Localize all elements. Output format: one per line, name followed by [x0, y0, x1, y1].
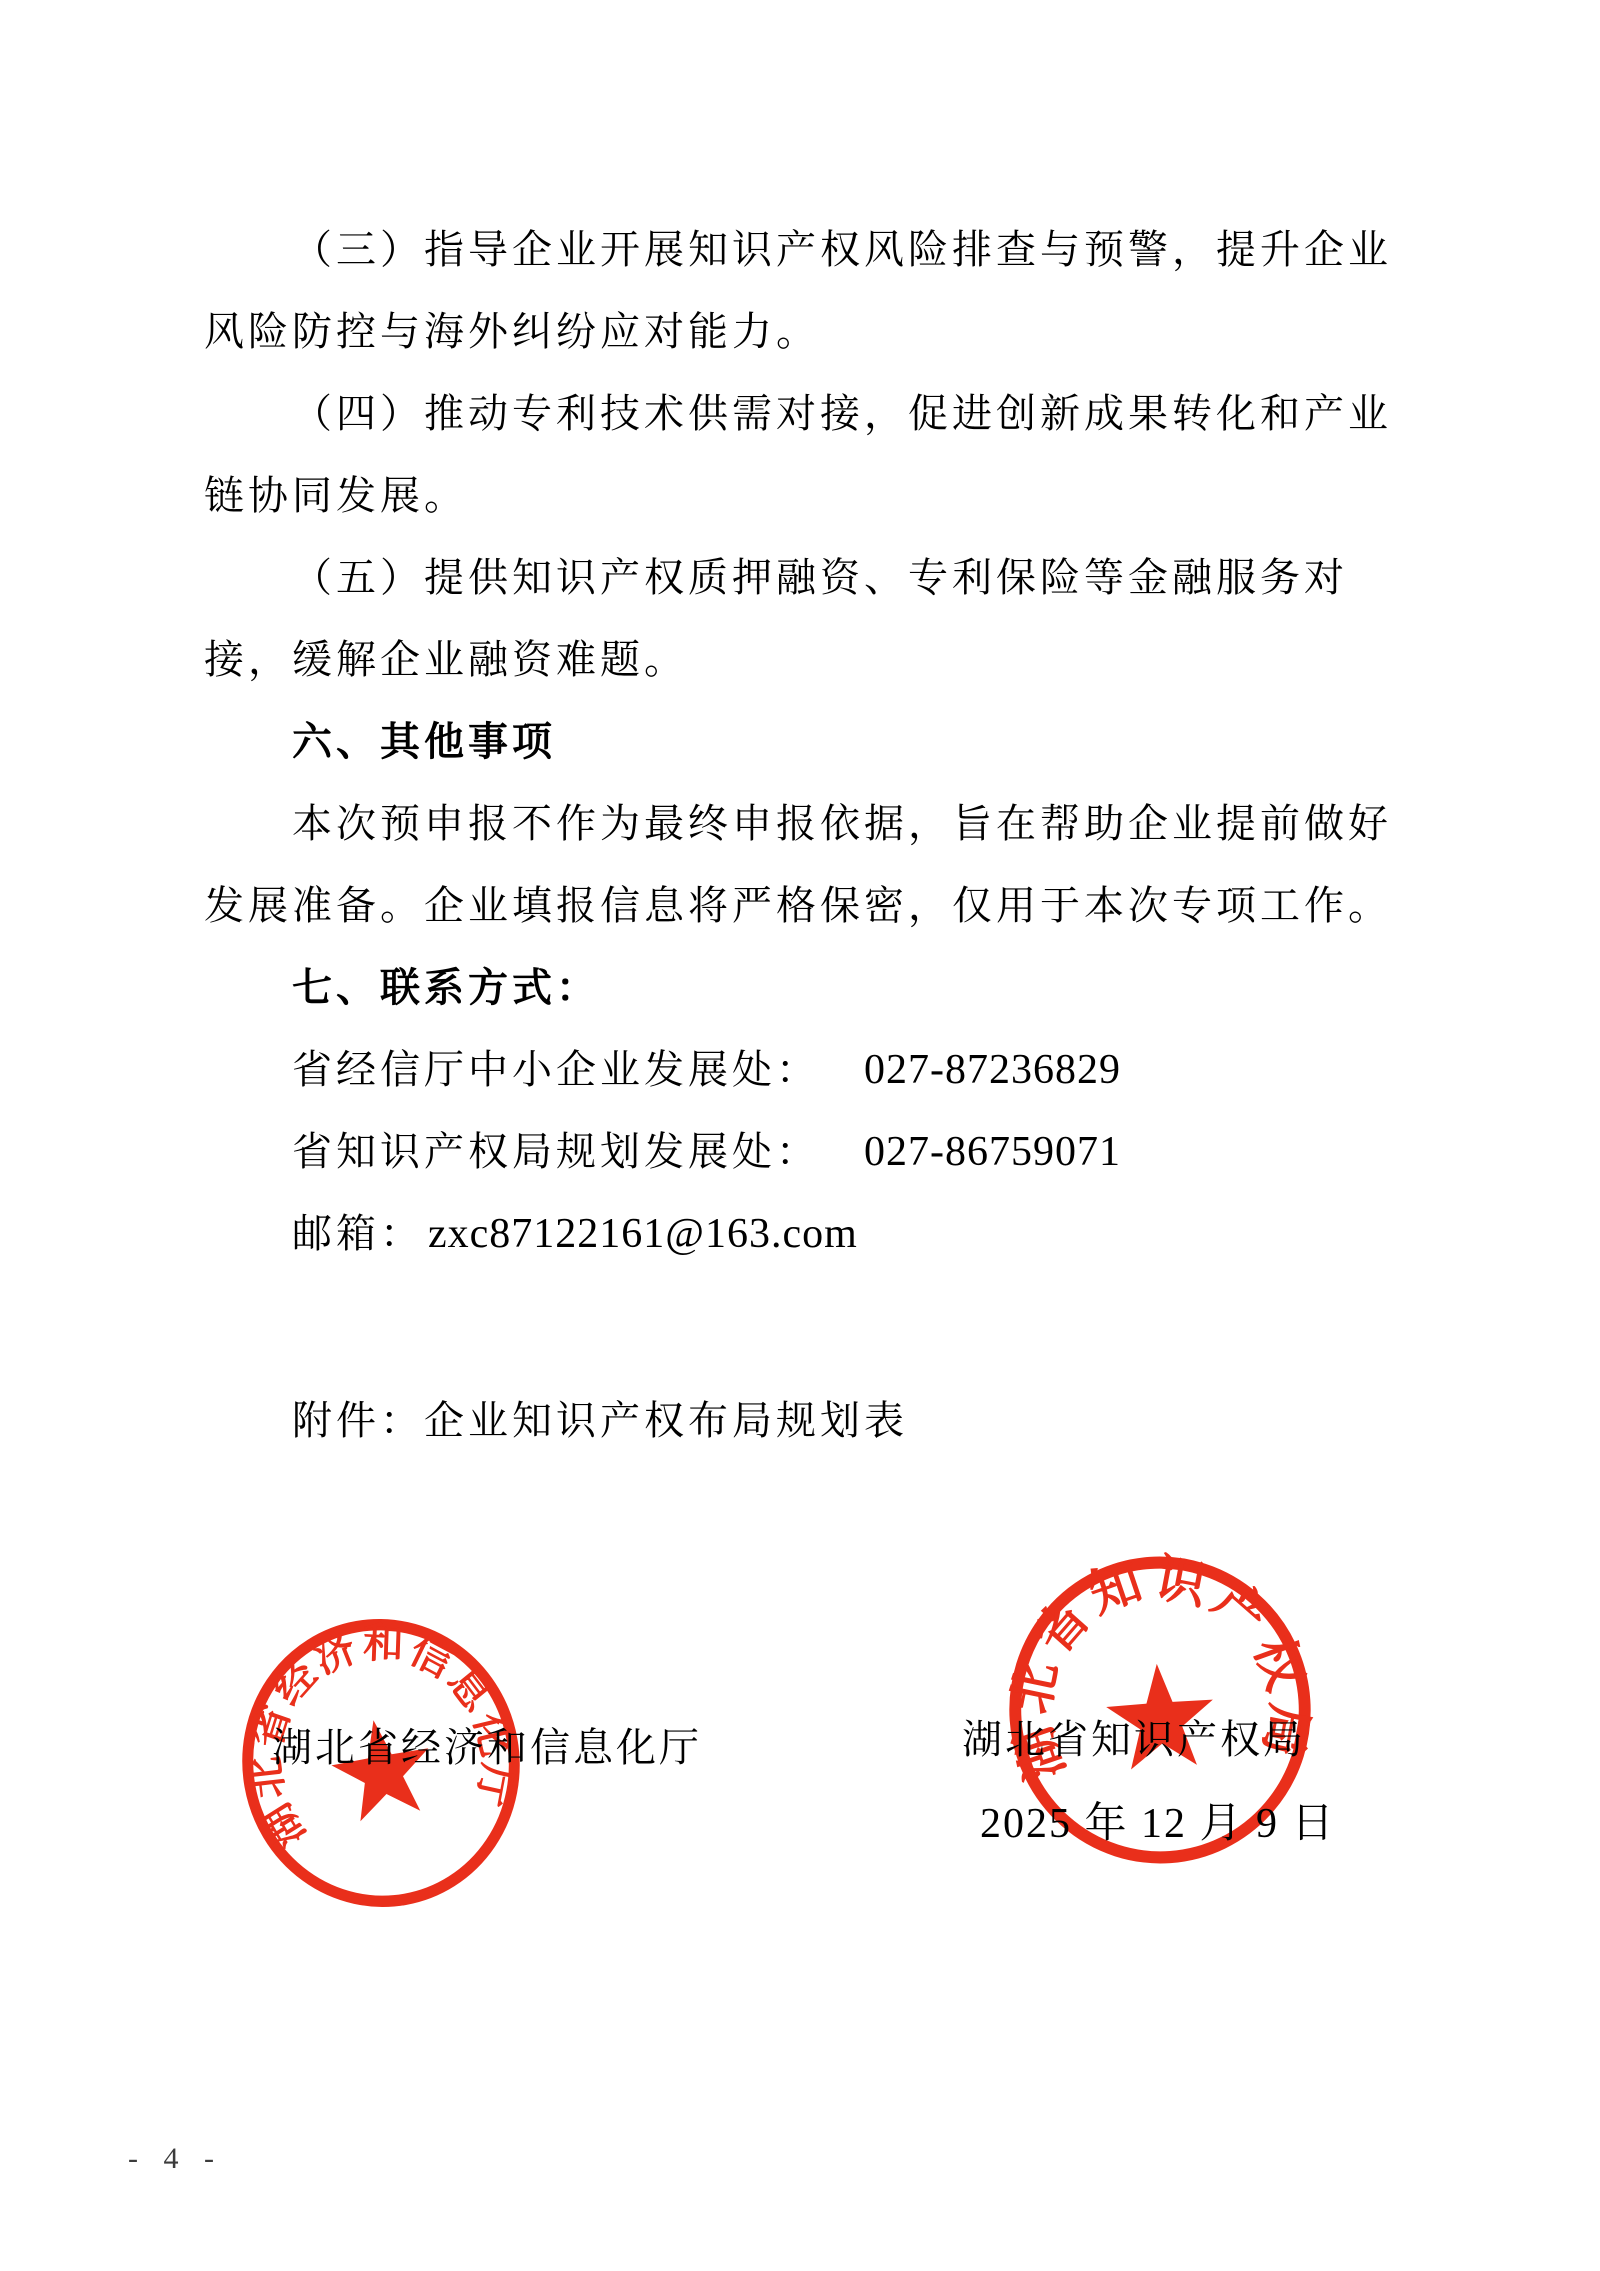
clause-5-paragraph: （五）提供知识产权质押融资、专利保险等金融服务对接，缓解企业融资难题。	[204, 537, 1404, 701]
contact-line-email-label: 邮箱：	[292, 1211, 424, 1256]
contact-line-jingxin-label: 省经信厅中小企业发展处：	[292, 1047, 820, 1092]
contact-line-ipoffice-value: 027-86759071	[864, 1129, 1121, 1175]
page-number: - 4 -	[128, 2142, 223, 2176]
contact-line-jingxin-value: 027-87236829	[864, 1047, 1121, 1093]
document-body: （三）指导企业开展知识产权风险排查与预警，提升企业风险防控与海外纠纷应对能力。（…	[204, 209, 1404, 1462]
blank-line	[204, 1275, 1404, 1380]
attachment-line: 附件：企业知识产权布局规划表	[204, 1380, 1404, 1462]
section-6-paragraph: 本次预申报不作为最终申报依据，旨在帮助企业提前做好发展准备。企业填报信息将严格保…	[204, 783, 1404, 947]
signature-date: 2025 年 12 月 9 日	[980, 1790, 1336, 1850]
document-page: （三）指导企业开展知识产权风险排查与预警，提升企业风险防控与海外纠纷应对能力。（…	[0, 0, 1600, 2271]
clause-4-paragraph: （四）推动专利技术供需对接，促进创新成果转化和产业链协同发展。	[204, 373, 1404, 537]
section-7-heading: 七、联系方式：	[204, 947, 1404, 1029]
contact-line-email-value: zxc87122161@163.com	[428, 1211, 858, 1257]
contact-line-ipoffice-label: 省知识产权局规划发展处：	[292, 1129, 820, 1174]
contact-line-ipoffice: 省知识产权局规划发展处：027-86759071	[204, 1111, 1404, 1193]
left-signature-org: 湖北省经济和信息化厅	[272, 1716, 702, 1773]
clause-3-paragraph: （三）指导企业开展知识产权风险排查与预警，提升企业风险防控与海外纠纷应对能力。	[204, 209, 1404, 373]
right-signature-org: 湖北省知识产权局	[962, 1708, 1306, 1765]
contact-line-jingxin: 省经信厅中小企业发展处：027-87236829	[204, 1029, 1404, 1111]
section-6-heading: 六、其他事项	[204, 701, 1404, 783]
contact-line-email: 邮箱：zxc87122161@163.com	[204, 1193, 1404, 1275]
